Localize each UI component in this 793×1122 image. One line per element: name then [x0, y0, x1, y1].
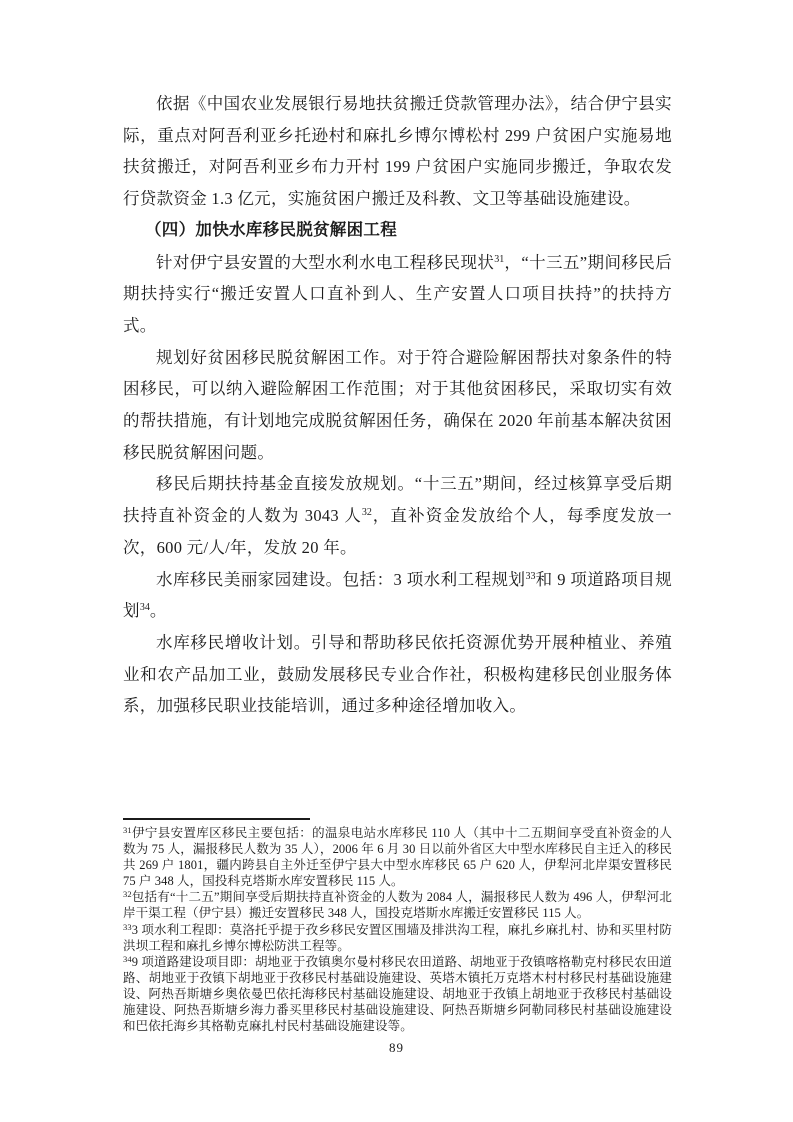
footnote-ref-32: 32	[362, 507, 372, 518]
paragraph-direct-subsidy: 移民后期扶持基金直接发放规划。“十三五”期间，经过核算享受后期扶持直补资金的人数…	[123, 468, 672, 563]
footnote-text: 包括有“十二五”期间享受后期扶持直补资金的人数为 2084 人，漏报移民人数为 …	[123, 890, 672, 920]
paragraph-income-increase: 水库移民增收计划。引导和帮助移民依托资源优势开展种植业、养殖业和农产品加工业，鼓…	[123, 627, 672, 722]
paragraph-text: 依据《中国农业发展银行易地扶贫搬迁贷款管理办法》，结合伊宁县实际，重点对阿吾利亚…	[123, 94, 672, 208]
paragraph-text: 水库移民美丽家园建设。包括：3 项水利工程规划	[156, 570, 525, 589]
document-page: 依据《中国农业发展银行易地扶贫搬迁贷款管理办法》，结合伊宁县实际，重点对阿吾利亚…	[0, 0, 793, 1122]
footnote-text: 3 项水利工程即：莫洛托乎提于孜乡移民安置区围墙及排洪沟工程，麻扎乡麻扎村、协和…	[123, 923, 672, 953]
paragraph-text: 规划好贫困移民脱贫解困工作。对于符合避险解困帮扶对象条件的特困移民，可以纳入避险…	[123, 348, 672, 462]
footnote-ref-33: 33	[525, 571, 535, 582]
document-body: 依据《中国农业发展银行易地扶贫搬迁贷款管理办法》，结合伊宁县实际，重点对阿吾利亚…	[123, 88, 672, 722]
footnote-marker: 32	[123, 889, 132, 899]
footnote-text: 伊宁县安置库区移民主要包括：的温泉电站水库移民 110 人（其中十二五期间享受直…	[123, 826, 672, 888]
footnote-text: 9 项道路建设项目即：胡地亚于孜镇奥尔曼村移民农田道路、胡地亚于孜镇喀格勒克村移…	[123, 955, 672, 1033]
footnote-item-34: 349 项道路建设项目即：胡地亚于孜镇奥尔曼村移民农田道路、胡地亚于孜镇喀格勒克…	[123, 954, 672, 1034]
paragraph-text: 水库移民增收计划。引导和帮助移民依托资源优势开展种植业、养殖业和农产品加工业，鼓…	[123, 633, 672, 715]
paragraph-beautiful-home: 水库移民美丽家园建设。包括：3 项水利工程规划33和 9 项道路项目规划34。	[123, 564, 672, 627]
footnote-separator	[123, 818, 310, 820]
paragraph-text: 针对伊宁县安置的大型水利水电工程移民现状	[156, 253, 494, 272]
footnotes-section: 31伊宁县安置库区移民主要包括：的温泉电站水库移民 110 人（其中十二五期间享…	[123, 818, 672, 1034]
footnote-item-33: 333 项水利工程即：莫洛托乎提于孜乡移民安置区围墙及排洪沟工程，麻扎乡麻扎村、…	[123, 922, 672, 954]
paragraph-text: 。	[150, 601, 167, 620]
page-number: 89	[0, 1040, 793, 1056]
section-heading: （四）加快水库移民脱贫解困工程	[123, 215, 672, 247]
paragraph-poverty-relief-plan: 规划好贫困移民脱贫解困工作。对于符合避险解困帮扶对象条件的特困移民，可以纳入避险…	[123, 342, 672, 469]
footnote-marker: 33	[123, 922, 132, 932]
footnote-marker: 31	[123, 825, 132, 835]
paragraph-support-mode: 针对伊宁县安置的大型水利水电工程移民现状31，“十三五”期间移民后期扶持实行“搬…	[123, 247, 672, 342]
footnote-item-31: 31伊宁县安置库区移民主要包括：的温泉电站水库移民 110 人（其中十二五期间享…	[123, 825, 672, 889]
section-heading-text: （四）加快水库移民脱贫解困工程	[145, 221, 397, 239]
paragraph-relocation-loans: 依据《中国农业发展银行易地扶贫搬迁贷款管理办法》，结合伊宁县实际，重点对阿吾利亚…	[123, 88, 672, 215]
footnote-ref-34: 34	[140, 602, 150, 613]
footnote-ref-31: 31	[494, 254, 504, 265]
footnote-marker: 34	[123, 954, 132, 964]
footnote-item-32: 32包括有“十二五”期间享受后期扶持直补资金的人数为 2084 人，漏报移民人数…	[123, 889, 672, 921]
